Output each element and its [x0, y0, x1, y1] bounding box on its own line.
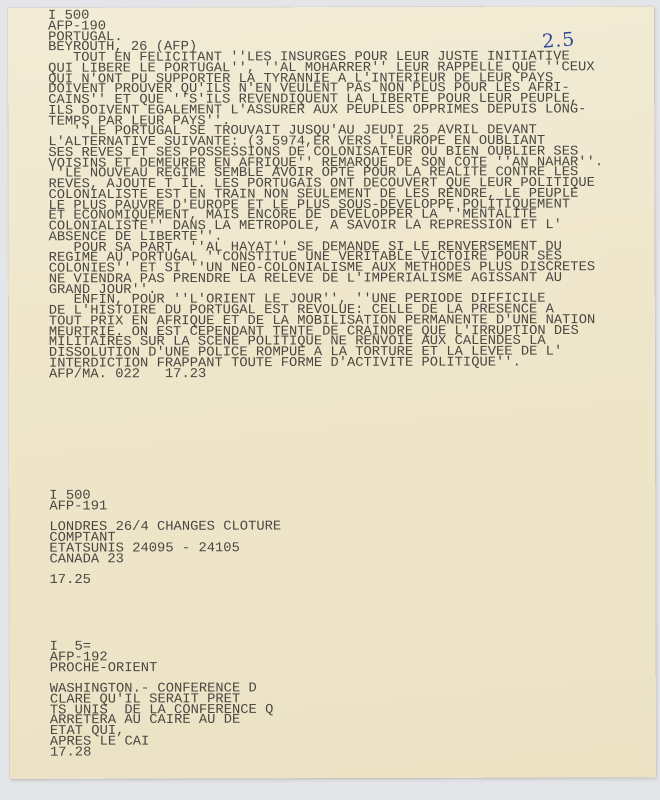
typed-line: CANADA 23 — [49, 554, 281, 565]
dispatch-afp-190: I 500AFP-190PORTUGAL.BEYROUTH, 26 (AFP) … — [48, 10, 604, 380]
dispatch-afp-192: I 5=AFP-192PROCHE-ORIENT WASHINGTON.- CO… — [50, 642, 274, 758]
typed-line: AFP-191 — [49, 502, 281, 513]
typed-line: 17.25 — [49, 576, 281, 587]
paper-sheet: 2.5 I 500AFP-190PORTUGAL.BEYROUTH, 26 (A… — [8, 6, 656, 779]
dispatch-afp-191: I 500AFP-191 LONDRES 26/4 CHANGES CLOTUR… — [49, 491, 281, 586]
scanned-document: 2.5 I 500AFP-190PORTUGAL.BEYROUTH, 26 (A… — [0, 0, 660, 800]
typed-line: 17.28 — [50, 748, 274, 759]
typed-line: PROCHE-ORIENT — [50, 663, 274, 674]
